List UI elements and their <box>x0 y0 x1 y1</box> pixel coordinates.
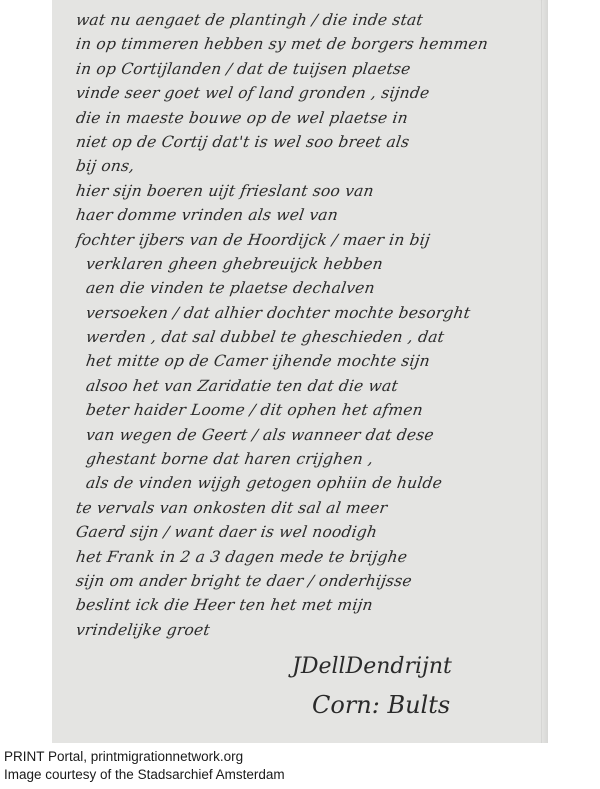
manuscript-line: vrindelijke groet <box>74 618 537 642</box>
manuscript-line: aen die vinden te plaetse dechalven <box>74 276 537 300</box>
manuscript-line: ghestant borne dat haren crijghen , <box>74 447 537 471</box>
manuscript-line: als de vinden wijgh getogen ophiin de hu… <box>74 471 537 495</box>
signature-block: JDellDendrijnt Corn: Bults <box>292 648 532 724</box>
manuscript-line: fochter ijbers van de Hoordijck / maer i… <box>74 228 537 252</box>
manuscript-line: in op Cortijlanden / dat de tuijsen plae… <box>74 57 537 81</box>
manuscript-line: in op timmeren hebben sy met de borgers … <box>74 32 537 56</box>
manuscript-line: bij ons, <box>74 154 537 178</box>
manuscript-line: verklaren gheen ghebreuijck hebben <box>74 252 537 276</box>
manuscript-line: het mitte op de Camer ijhende mochte sij… <box>74 349 537 373</box>
manuscript-line: haer domme vrinden als wel van <box>74 203 537 227</box>
credit-courtesy: Image courtesy of the Stadsarchief Amste… <box>4 766 285 784</box>
signature-1: JDellDendrijnt <box>292 648 532 686</box>
manuscript-line: niet op de Cortij dat't is wel soo breet… <box>74 130 537 154</box>
manuscript-line: beslint ick die Heer ten het met mijn <box>74 593 537 617</box>
manuscript-line: hier sijn boeren uijt frieslant soo van <box>74 179 537 203</box>
signature-2: Corn: Bults <box>292 686 532 724</box>
manuscript-line: sijn om ander bright te daer / onderhijs… <box>74 569 537 593</box>
manuscript-line: van wegen de Geert / als wanneer dat des… <box>74 423 537 447</box>
manuscript-page: wat nu aengaet de plantingh / die inde s… <box>52 0 548 743</box>
manuscript-line: wat nu aengaet de plantingh / die inde s… <box>74 8 537 32</box>
manuscript-line: die in maeste bouwe op de wel plaetse in <box>74 106 537 130</box>
manuscript-line: vinde seer goet wel of land gronden , si… <box>74 81 537 105</box>
manuscript-line: het Frank in 2 a 3 dagen mede te brijghe <box>74 545 537 569</box>
manuscript-line: te vervals van onkosten dit sal al meer <box>74 496 537 520</box>
manuscript-line: werden , dat sal dubbel te gheschieden ,… <box>74 325 537 349</box>
manuscript-line: alsoo het van Zaridatie ten dat die wat <box>74 374 537 398</box>
credit-source: PRINT Portal, printmigrationnetwork.org <box>4 748 285 766</box>
manuscript-text: wat nu aengaet de plantingh / die inde s… <box>76 8 536 642</box>
image-credit: PRINT Portal, printmigrationnetwork.org … <box>4 748 285 784</box>
manuscript-line: Gaerd sijn / want daer is wel noodigh <box>74 520 537 544</box>
manuscript-line: versoeken / dat alhier dochter mochte be… <box>74 301 537 325</box>
manuscript-line: beter haider Loome / dit ophen het afmen <box>74 398 537 422</box>
